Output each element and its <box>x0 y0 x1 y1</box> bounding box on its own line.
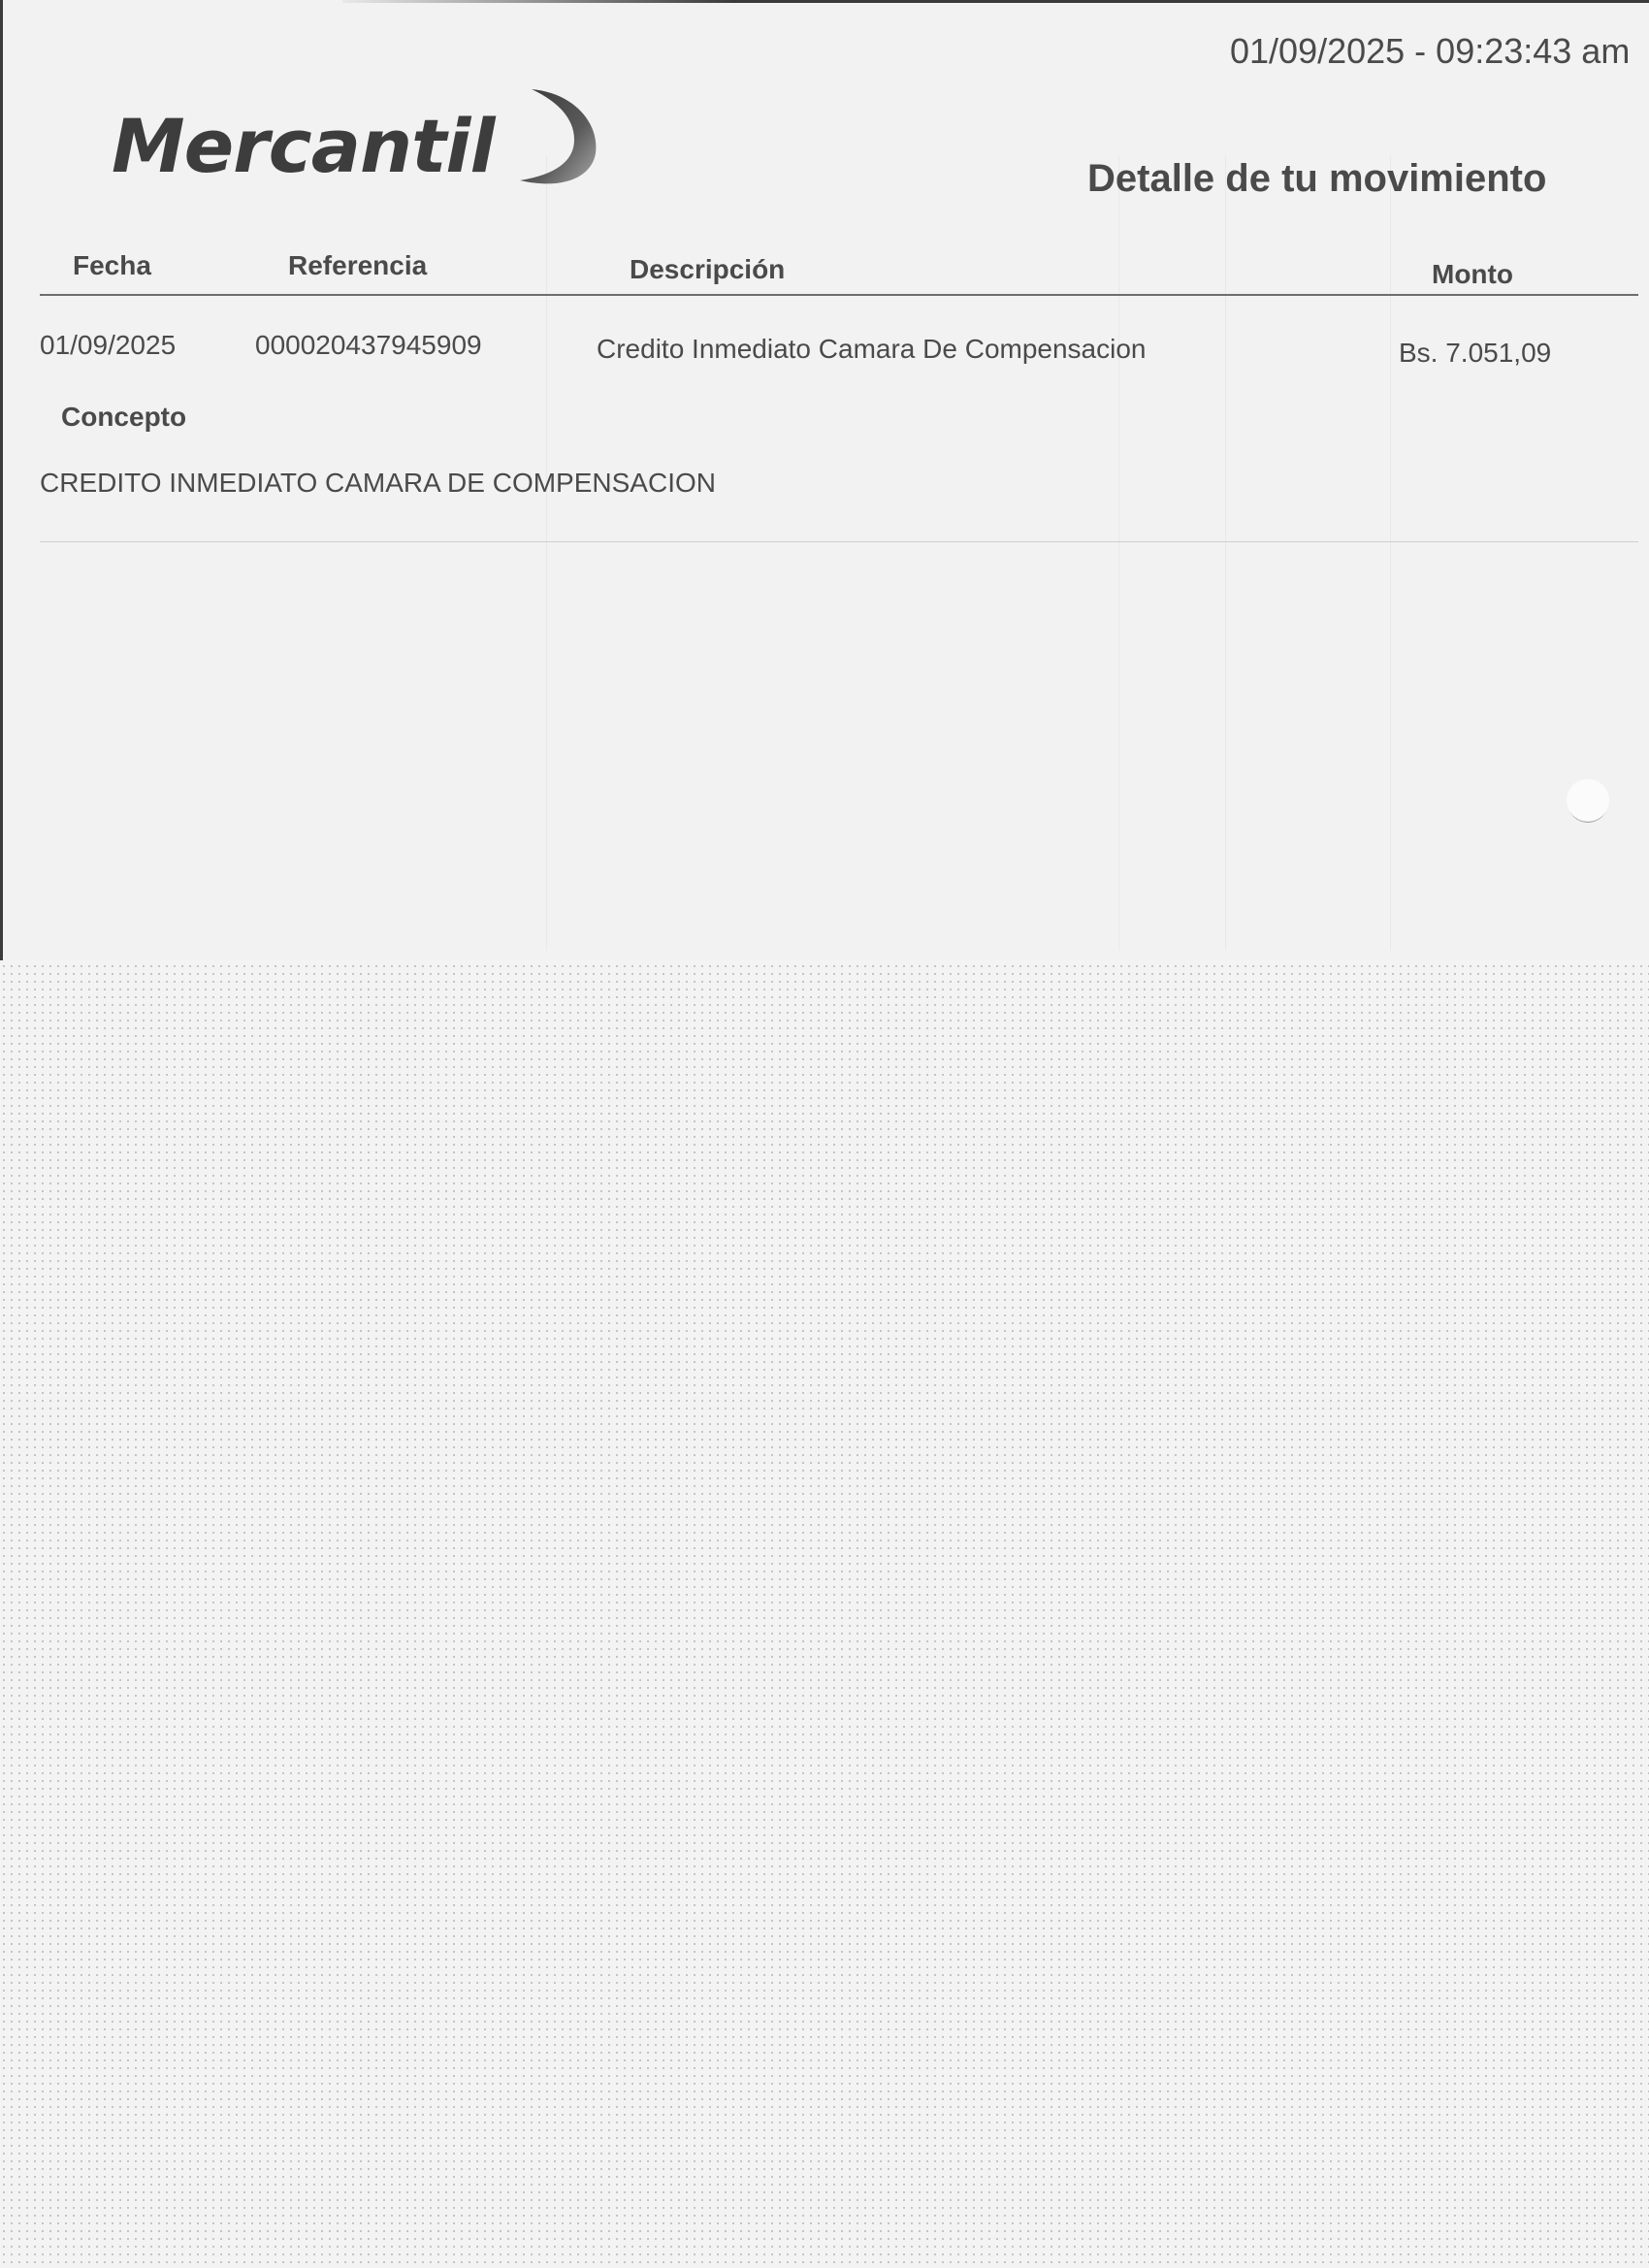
column-header-fecha: Fecha <box>73 250 151 281</box>
cell-referencia: 000020437945909 <box>255 330 482 361</box>
print-timestamp: 01/09/2025 - 09:23:43 am <box>1230 31 1630 72</box>
bleed-through-line <box>1225 155 1226 951</box>
column-header-referencia: Referencia <box>288 250 427 281</box>
punch-hole <box>1567 779 1609 822</box>
section-divider <box>40 541 1638 542</box>
scanned-document: 01/09/2025 - 09:23:43 am Mercantil Detal… <box>0 0 1649 960</box>
concepto-label: Concepto <box>61 402 186 433</box>
document-title: Detalle de tu movimiento <box>1087 157 1546 201</box>
bleed-through-line <box>1390 155 1391 951</box>
bleed-through-line <box>1118 155 1119 951</box>
cell-descripcion: Credito Inmediato Camara De Compensacion <box>597 334 1147 365</box>
bank-name: Mercantil <box>112 103 495 189</box>
bleed-through-line <box>546 155 547 951</box>
cell-monto: Bs. 7.051,09 <box>1399 338 1551 369</box>
column-header-monto: Monto <box>1432 259 1513 290</box>
concepto-value: CREDITO INMEDIATO CAMARA DE COMPENSACION <box>40 468 716 499</box>
header-divider <box>40 294 1638 296</box>
bank-logo: Mercantil <box>112 95 609 197</box>
scan-edge-line <box>342 0 1649 3</box>
column-header-descripcion: Descripción <box>630 254 785 285</box>
cell-fecha: 01/09/2025 <box>40 330 176 361</box>
crescent-swoosh-icon <box>502 85 609 197</box>
